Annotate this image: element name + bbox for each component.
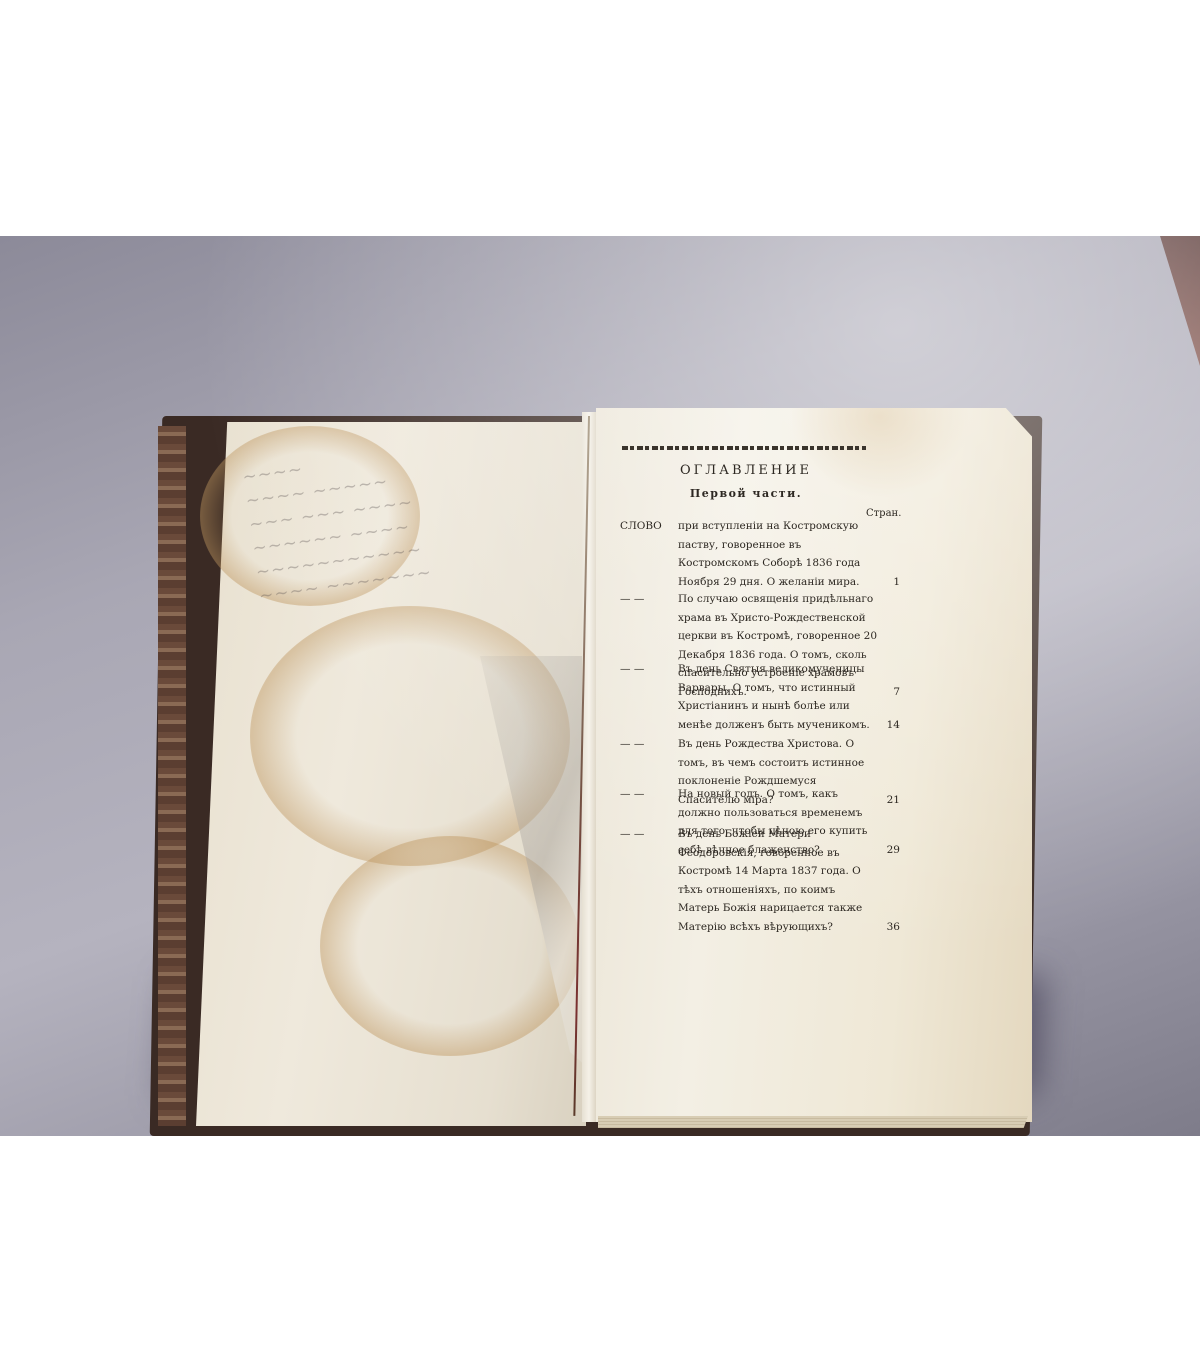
toc-entry: СЛОВО при вступленіи на Костромскую паст… [620,517,910,591]
entry-prefix: — — [620,825,670,844]
water-stain [790,408,970,498]
entry-prefix: — — [620,660,670,679]
entry-page: 36 [887,918,900,937]
entry-prefix: — — [620,590,670,609]
entry-text: Въ день Святыя великомученицы Варвары. О… [678,660,878,734]
entry-prefix: СЛОВО [620,517,670,536]
toc-entry: — — Въ день Божіей Матери Феодоровскія, … [620,825,910,936]
entry-page: 14 [887,716,900,735]
entry-page: 1 [893,573,900,592]
entry-prefix: — — [620,785,670,804]
cover-edge [158,426,186,1126]
page-stack-edge [598,1116,1028,1128]
entry-text: при вступленіи на Костромскую паству, го… [678,517,878,591]
decorative-rule [622,446,866,450]
entry-prefix: — — [620,735,670,754]
toc-entry: — — Въ день Святыя великомученицы Варвар… [620,660,910,734]
toc-title: Оглавление [606,463,886,478]
book-photo [0,236,1200,1136]
book-spine [582,412,596,1122]
entry-text: Въ день Божіей Матери Феодоровскія, гово… [678,825,878,936]
background-object [1160,236,1200,366]
toc-subtitle: Первой части. [606,487,886,500]
